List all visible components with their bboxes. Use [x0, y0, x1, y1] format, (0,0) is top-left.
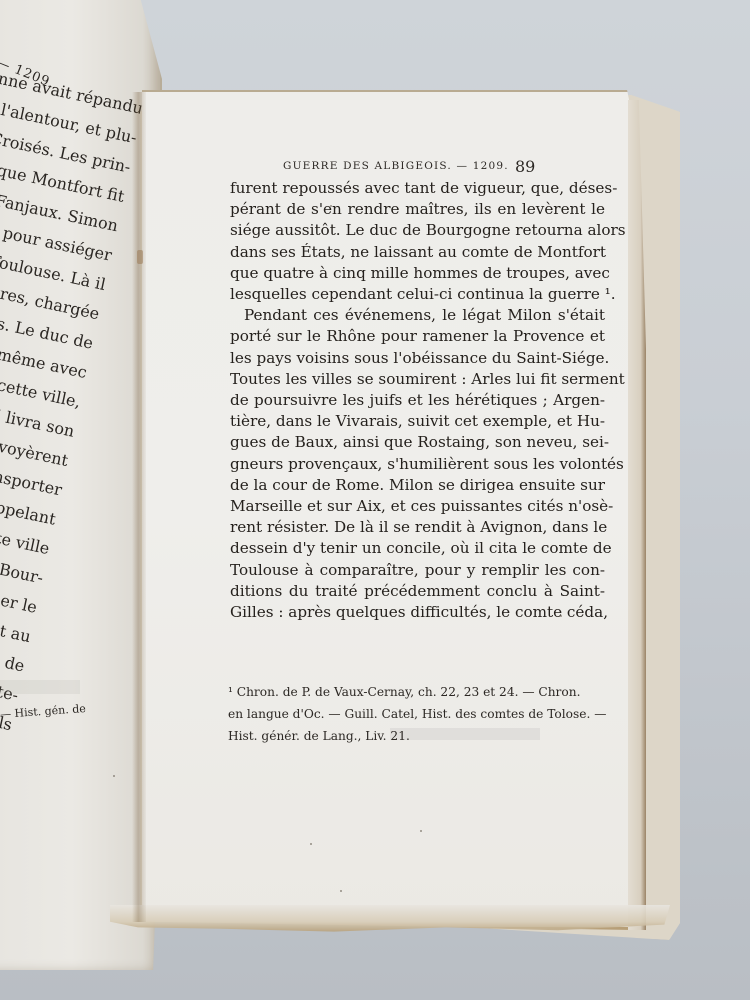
- body-line: dessein d'y tenir un concile, où il cita…: [230, 538, 605, 559]
- paper-speck: [340, 890, 342, 892]
- paper-speck: [560, 615, 562, 617]
- footnote-line: en langue d'Oc. — Guill. Catel, Hist. de…: [228, 703, 613, 725]
- body-line: Toutes les villes se soumirent : Arles l…: [230, 369, 605, 390]
- foxing-stain: [137, 250, 143, 264]
- body-line: furent repoussés avec tant de vigueur, q…: [230, 178, 605, 199]
- footnote-line: Hist. génér. de Lang., Liv. 21.: [228, 725, 613, 747]
- body-line: siége aussitôt. Le duc de Bourgogne reto…: [230, 220, 605, 241]
- body-line: que quatre à cinq mille hommes de troupe…: [230, 263, 605, 284]
- body-text: furent repoussés avec tant de vigueur, q…: [230, 178, 605, 623]
- body-line: de poursuivre les juifs et les hérétique…: [230, 390, 605, 411]
- paper-speck: [420, 830, 422, 832]
- body-line: Toulouse à comparaître, pour y remplir l…: [230, 560, 605, 581]
- paper-speck: [310, 843, 312, 845]
- body-line: dans ses États, ne laissant au comte de …: [230, 242, 605, 263]
- body-line: gneurs provençaux, s'humilièrent sous le…: [230, 454, 605, 475]
- page-number: 89: [515, 157, 535, 176]
- body-line: tière, dans le Vivarais, suivit cet exem…: [230, 411, 605, 432]
- footnote-line: ¹ Chron. de P. de Vaux-Cernay, ch. 22, 2…: [228, 681, 613, 703]
- paper-speck: [330, 205, 332, 207]
- body-line: Marseille et sur Aix, et ces puissantes …: [230, 496, 605, 517]
- body-line: pérant de s'en rendre maîtres, ils en le…: [230, 199, 605, 220]
- body-line: Gilles : après quelques difficultés, le …: [230, 602, 605, 623]
- body-line: ditions du traité précédemment conclu à …: [230, 581, 605, 602]
- footnotes: ¹ Chron. de P. de Vaux-Cernay, ch. 22, 2…: [228, 681, 613, 747]
- body-line: lesquelles cependant celui-ci continua l…: [230, 284, 605, 305]
- body-line: rent résister. De là il se rendit à Avig…: [230, 517, 605, 538]
- body-line: porté sur le Rhône pour ramener la Prove…: [230, 326, 605, 347]
- body-line: de la cour de Rome. Milon se dirigea ens…: [230, 475, 605, 496]
- body-line: Pendant ces événemens, le légat Milon s'…: [230, 305, 605, 326]
- running-head: GUERRE DES ALBIGEOIS. — 1209.: [283, 160, 509, 172]
- paper-speck: [113, 775, 115, 777]
- body-line: gues de Baux, ainsi que Rostaing, son ne…: [230, 432, 605, 453]
- body-line: les pays voisins sous l'obéissance du Sa…: [230, 348, 605, 369]
- left-bleed-through: [0, 680, 80, 694]
- gutter-shadow: [132, 92, 146, 922]
